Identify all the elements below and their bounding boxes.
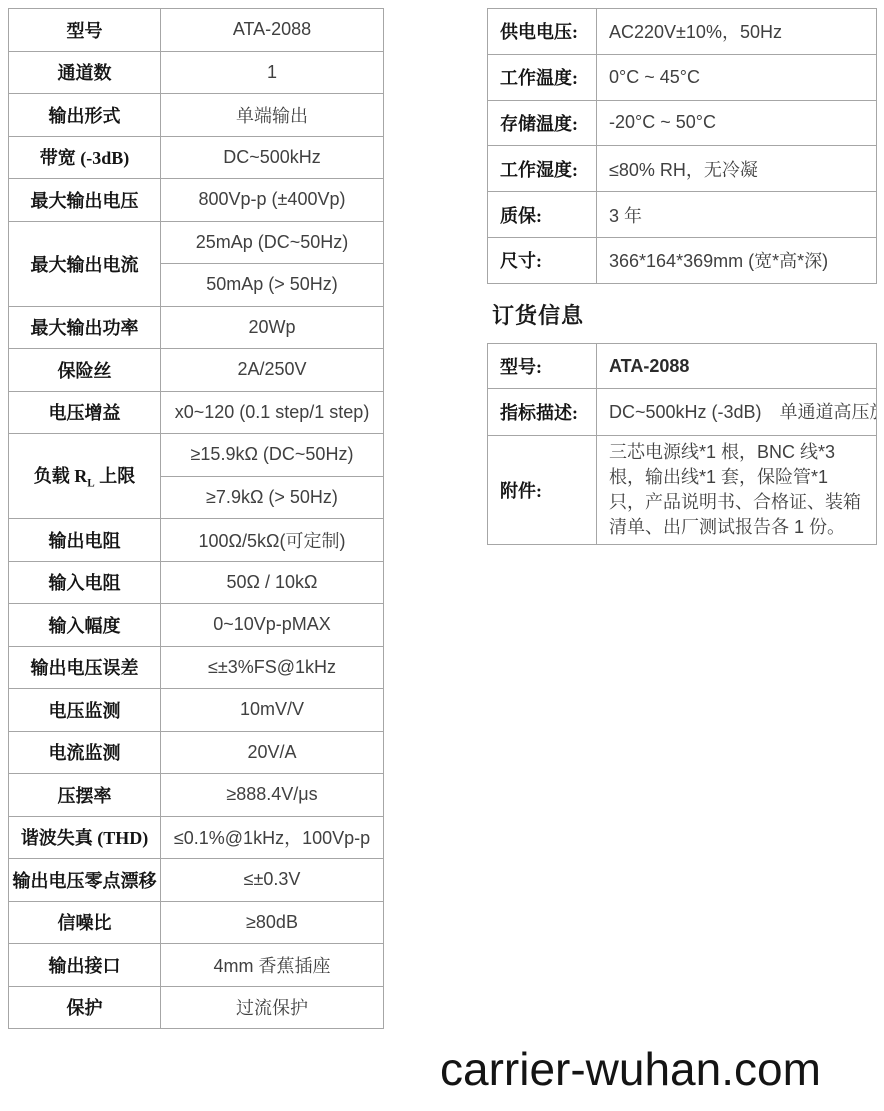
- spec-value: ≥888.4V/μs: [161, 774, 384, 817]
- env-label: 质保:: [488, 192, 597, 238]
- environment-spec-table: 供电电压:AC220V±10%，50Hz工作温度:0°C ~ 45°C存储温度:…: [487, 8, 877, 284]
- order-value: 三芯电源线*1 根，BNC 线*3 根，输出线*1 套，保险管*1 只，产品说明…: [597, 436, 877, 545]
- order-row: 附件:三芯电源线*1 根，BNC 线*3 根，输出线*1 套，保险管*1 只，产…: [488, 436, 877, 545]
- spec-row: 电压监测10mV/V: [9, 689, 384, 732]
- env-row: 工作湿度:≤80% RH，无冷凝: [488, 146, 877, 192]
- spec-value: ≤0.1%@1kHz，100Vp-p: [161, 816, 384, 859]
- spec-row: 电流监测20V/A: [9, 731, 384, 774]
- spec-row: 输出电压误差≤±3%FS@1kHz: [9, 646, 384, 689]
- spec-value: 0~10Vp-pMAX: [161, 604, 384, 647]
- environment-spec-table-body: 供电电压:AC220V±10%，50Hz工作温度:0°C ~ 45°C存储温度:…: [488, 9, 877, 284]
- spec-row: 最大输出电流25mAp (DC~50Hz): [9, 221, 384, 264]
- env-row: 尺寸:366*164*369mm (宽*高*深): [488, 237, 877, 283]
- spec-value: 20Wp: [161, 306, 384, 349]
- spec-value: 50Ω / 10kΩ: [161, 561, 384, 604]
- product-spec-table-body: 型号ATA-2088通道数1输出形式单端输出带宽 (-3dB)DC~500kHz…: [9, 9, 384, 1029]
- spec-label: 保护: [9, 986, 161, 1029]
- spec-label: 输出电阻: [9, 519, 161, 562]
- spec-row: 通道数1: [9, 51, 384, 94]
- spec-value: ≤±3%FS@1kHz: [161, 646, 384, 689]
- spec-label: 输出电压零点漂移: [9, 859, 161, 902]
- spec-value: x0~120 (0.1 step/1 step): [161, 391, 384, 434]
- env-row: 存储温度:-20°C ~ 50°C: [488, 100, 877, 146]
- spec-row: 电压增益x0~120 (0.1 step/1 step): [9, 391, 384, 434]
- order-label: 指标描述:: [488, 389, 597, 436]
- spec-value: 50mAp (> 50Hz): [161, 264, 384, 307]
- spec-row: 最大输出功率20Wp: [9, 306, 384, 349]
- spec-row: 输出形式单端输出: [9, 94, 384, 137]
- env-row: 供电电压:AC220V±10%，50Hz: [488, 9, 877, 55]
- order-value: ATA-2088: [597, 344, 877, 389]
- env-value: 0°C ~ 45°C: [597, 54, 877, 100]
- order-label: 型号:: [488, 344, 597, 389]
- order-label: 附件:: [488, 436, 597, 545]
- spec-label: 负载 RL 上限: [9, 434, 161, 519]
- env-value: 3 年: [597, 192, 877, 238]
- env-value: -20°C ~ 50°C: [597, 100, 877, 146]
- env-value: ≤80% RH，无冷凝: [597, 146, 877, 192]
- order-info-table: 型号:ATA-2088指标描述:DC~500kHz (-3dB) 单通道高压放大…: [487, 343, 877, 545]
- spec-row: 最大输出电压800Vp-p (±400Vp): [9, 179, 384, 222]
- spec-value: ATA-2088: [161, 9, 384, 52]
- spec-value: ≤±0.3V: [161, 859, 384, 902]
- spec-value: 2A/250V: [161, 349, 384, 392]
- order-info-title: 订货信息: [492, 299, 584, 330]
- spec-row: 输出电压零点漂移≤±0.3V: [9, 859, 384, 902]
- spec-value: 25mAp (DC~50Hz): [161, 221, 384, 264]
- spec-value: 1: [161, 51, 384, 94]
- order-row: 指标描述:DC~500kHz (-3dB) 单通道高压放大器: [488, 389, 877, 436]
- spec-label: 通道数: [9, 51, 161, 94]
- site-watermark: carrier-wuhan.com: [440, 1042, 821, 1096]
- spec-value: 过流保护: [161, 986, 384, 1029]
- spec-row: 型号ATA-2088: [9, 9, 384, 52]
- spec-row: 信噪比≥80dB: [9, 901, 384, 944]
- spec-value: 10mV/V: [161, 689, 384, 732]
- spec-row: 输入幅度0~10Vp-pMAX: [9, 604, 384, 647]
- env-value: AC220V±10%，50Hz: [597, 9, 877, 55]
- order-row: 型号:ATA-2088: [488, 344, 877, 389]
- spec-label: 输入幅度: [9, 604, 161, 647]
- env-label: 工作温度:: [488, 54, 597, 100]
- order-value: DC~500kHz (-3dB) 单通道高压放大器: [597, 389, 877, 436]
- spec-value: DC~500kHz: [161, 136, 384, 179]
- spec-value: ≥80dB: [161, 901, 384, 944]
- spec-label: 带宽 (-3dB): [9, 136, 161, 179]
- spec-row: 带宽 (-3dB)DC~500kHz: [9, 136, 384, 179]
- spec-label: 电流监测: [9, 731, 161, 774]
- env-label: 存储温度:: [488, 100, 597, 146]
- spec-value: 单端输出: [161, 94, 384, 137]
- spec-value: 20V/A: [161, 731, 384, 774]
- spec-row: 谐波失真 (THD)≤0.1%@1kHz，100Vp-p: [9, 816, 384, 859]
- spec-label: 输出接口: [9, 944, 161, 987]
- spec-label: 保险丝: [9, 349, 161, 392]
- env-label: 供电电压:: [488, 9, 597, 55]
- spec-label: 信噪比: [9, 901, 161, 944]
- spec-label: 最大输出功率: [9, 306, 161, 349]
- spec-row: 输出接口4mm 香蕉插座: [9, 944, 384, 987]
- spec-label: 最大输出电压: [9, 179, 161, 222]
- spec-value: 4mm 香蕉插座: [161, 944, 384, 987]
- spec-label: 压摆率: [9, 774, 161, 817]
- spec-row: 保险丝2A/250V: [9, 349, 384, 392]
- spec-value: 800Vp-p (±400Vp): [161, 179, 384, 222]
- spec-row: 负载 RL 上限≥15.9kΩ (DC~50Hz): [9, 434, 384, 477]
- spec-label: 电压监测: [9, 689, 161, 732]
- env-label: 尺寸:: [488, 237, 597, 283]
- spec-label: 型号: [9, 9, 161, 52]
- env-row: 工作温度:0°C ~ 45°C: [488, 54, 877, 100]
- spec-label: 输出形式: [9, 94, 161, 137]
- env-value: 366*164*369mm (宽*高*深): [597, 237, 877, 283]
- spec-label: 谐波失真 (THD): [9, 816, 161, 859]
- spec-label: 最大输出电流: [9, 221, 161, 306]
- spec-value: 100Ω/5kΩ(可定制): [161, 519, 384, 562]
- spec-row: 压摆率≥888.4V/μs: [9, 774, 384, 817]
- spec-label: 输入电阻: [9, 561, 161, 604]
- product-spec-table: 型号ATA-2088通道数1输出形式单端输出带宽 (-3dB)DC~500kHz…: [8, 8, 384, 1029]
- env-label: 工作湿度:: [488, 146, 597, 192]
- spec-row: 输入电阻50Ω / 10kΩ: [9, 561, 384, 604]
- spec-value: ≥15.9kΩ (DC~50Hz): [161, 434, 384, 477]
- spec-value: ≥7.9kΩ (> 50Hz): [161, 476, 384, 519]
- spec-row: 保护过流保护: [9, 986, 384, 1029]
- order-info-table-body: 型号:ATA-2088指标描述:DC~500kHz (-3dB) 单通道高压放大…: [488, 344, 877, 545]
- spec-label: 输出电压误差: [9, 646, 161, 689]
- spec-row: 输出电阻100Ω/5kΩ(可定制): [9, 519, 384, 562]
- spec-label: 电压增益: [9, 391, 161, 434]
- env-row: 质保:3 年: [488, 192, 877, 238]
